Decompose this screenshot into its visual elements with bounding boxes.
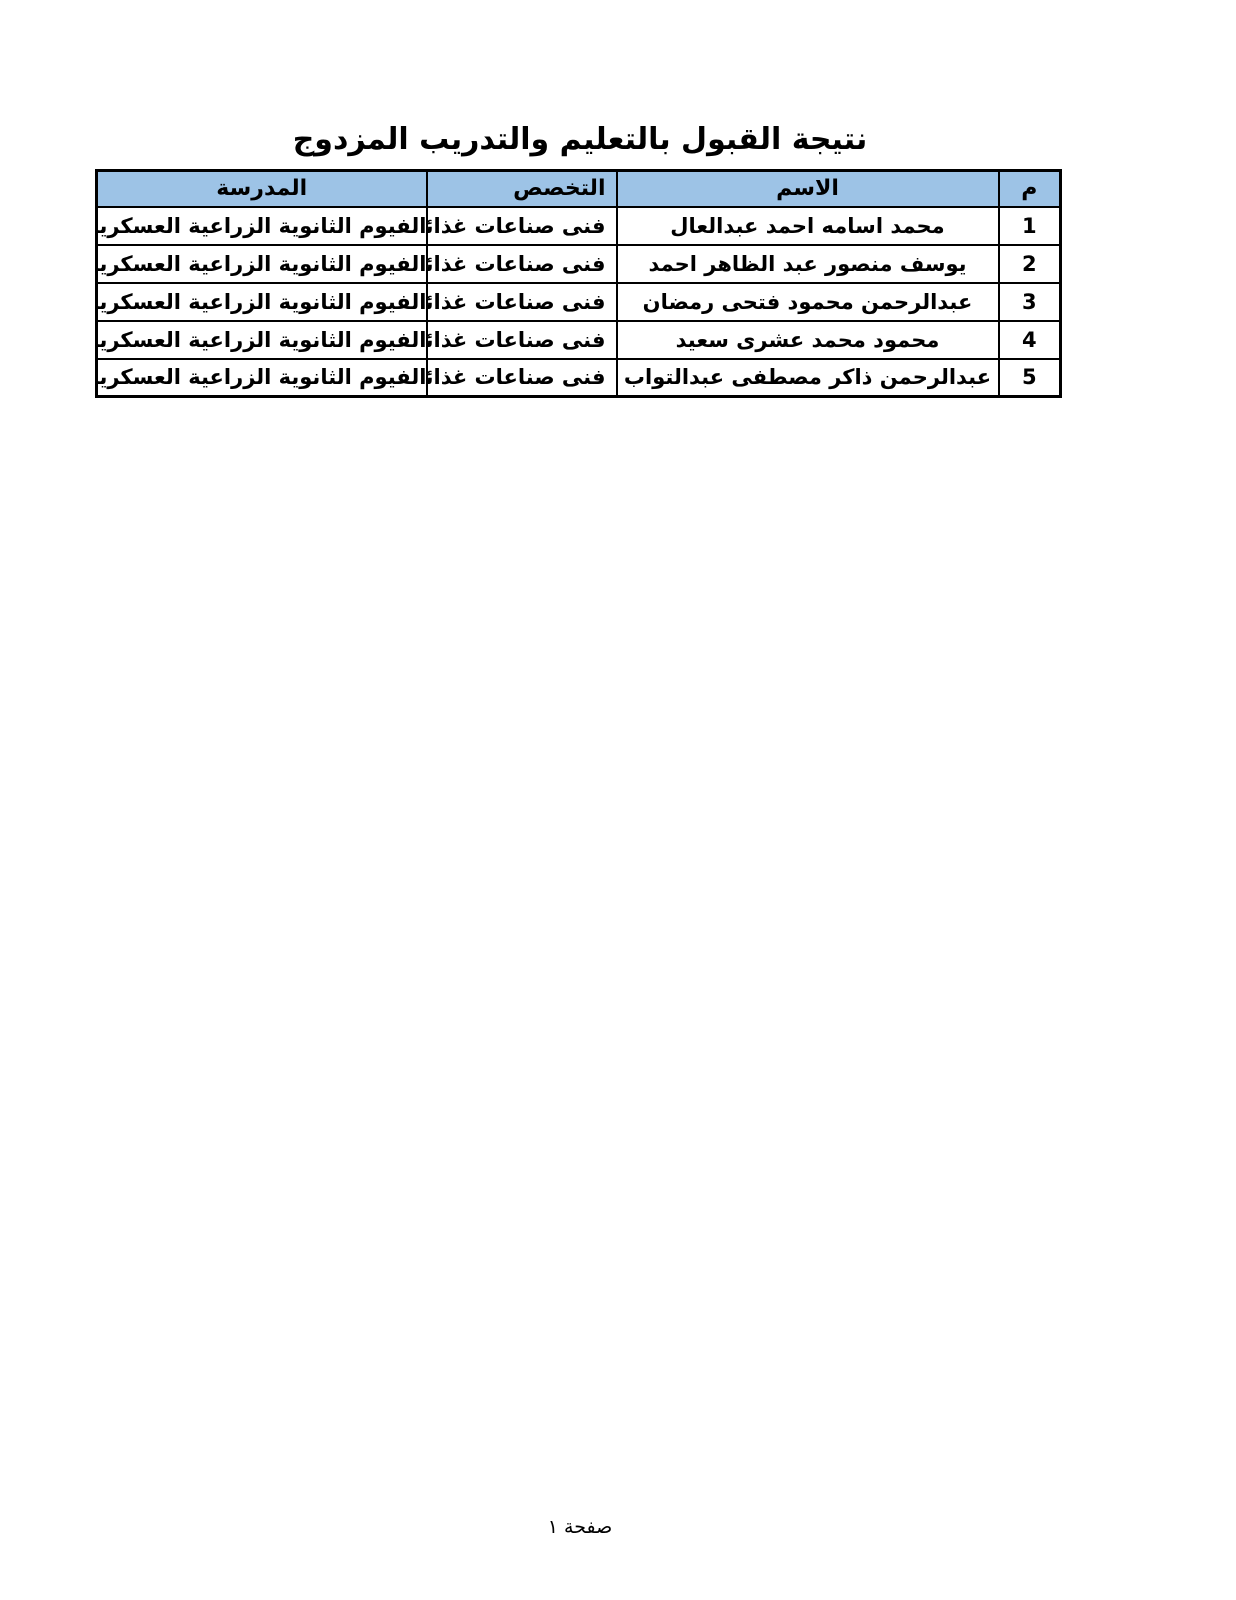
- cell-specialty: فنى صناعات غذائية: [427, 283, 617, 321]
- cell-number: 2: [999, 245, 1061, 283]
- page-number: صفحة ١: [98, 1516, 1062, 1538]
- cell-name: عبدالرحمن ذاكر مصطفى عبدالتواب: [617, 359, 999, 397]
- cell-number: 5: [999, 359, 1061, 397]
- cell-specialty: فنى صناعات غذائية: [427, 359, 617, 397]
- header-name: الاسم: [617, 171, 999, 207]
- cell-name: عبدالرحمن محمود فتحى رمضان: [617, 283, 999, 321]
- document-page: نتيجة القبول بالتعليم والتدريب المزدوج م…: [0, 0, 1236, 1600]
- cell-name: محمود محمد عشرى سعيد: [617, 321, 999, 359]
- results-table: م الاسم التخصص المدرسة 1 محمد اسامه احمد…: [95, 169, 1062, 398]
- cell-name: محمد اسامه احمد عبدالعال: [617, 207, 999, 245]
- cell-school: الفيوم الثانوية الزراعية العسكرية: [97, 207, 427, 245]
- cell-name: يوسف منصور عبد الظاهر احمد: [617, 245, 999, 283]
- cell-number: 4: [999, 321, 1061, 359]
- page-title: نتيجة القبول بالتعليم والتدريب المزدوج: [98, 0, 1062, 157]
- cell-specialty: فنى صناعات غذائية: [427, 321, 617, 359]
- cell-number: 3: [999, 283, 1061, 321]
- table-row: 2 يوسف منصور عبد الظاهر احمد فنى صناعات …: [97, 245, 1061, 283]
- table-header-row: م الاسم التخصص المدرسة: [97, 171, 1061, 207]
- table-row: 3 عبدالرحمن محمود فتحى رمضان فنى صناعات …: [97, 283, 1061, 321]
- cell-school: الفيوم الثانوية الزراعية العسكرية: [97, 321, 427, 359]
- cell-specialty: فنى صناعات غذائية: [427, 207, 617, 245]
- cell-school: الفيوم الثانوية الزراعية العسكرية: [97, 359, 427, 397]
- table-body: 1 محمد اسامه احمد عبدالعال فنى صناعات غذ…: [97, 207, 1061, 397]
- table-row: 5 عبدالرحمن ذاكر مصطفى عبدالتواب فنى صنا…: [97, 359, 1061, 397]
- header-number: م: [999, 171, 1061, 207]
- cell-school: الفيوم الثانوية الزراعية العسكرية: [97, 245, 427, 283]
- header-school: المدرسة: [97, 171, 427, 207]
- cell-number: 1: [999, 207, 1061, 245]
- cell-specialty: فنى صناعات غذائية: [427, 245, 617, 283]
- header-specialty: التخصص: [427, 171, 617, 207]
- document-content: نتيجة القبول بالتعليم والتدريب المزدوج م…: [98, 0, 1062, 398]
- table-row: 1 محمد اسامه احمد عبدالعال فنى صناعات غذ…: [97, 207, 1061, 245]
- table-row: 4 محمود محمد عشرى سعيد فنى صناعات غذائية…: [97, 321, 1061, 359]
- cell-school: الفيوم الثانوية الزراعية العسكرية: [97, 283, 427, 321]
